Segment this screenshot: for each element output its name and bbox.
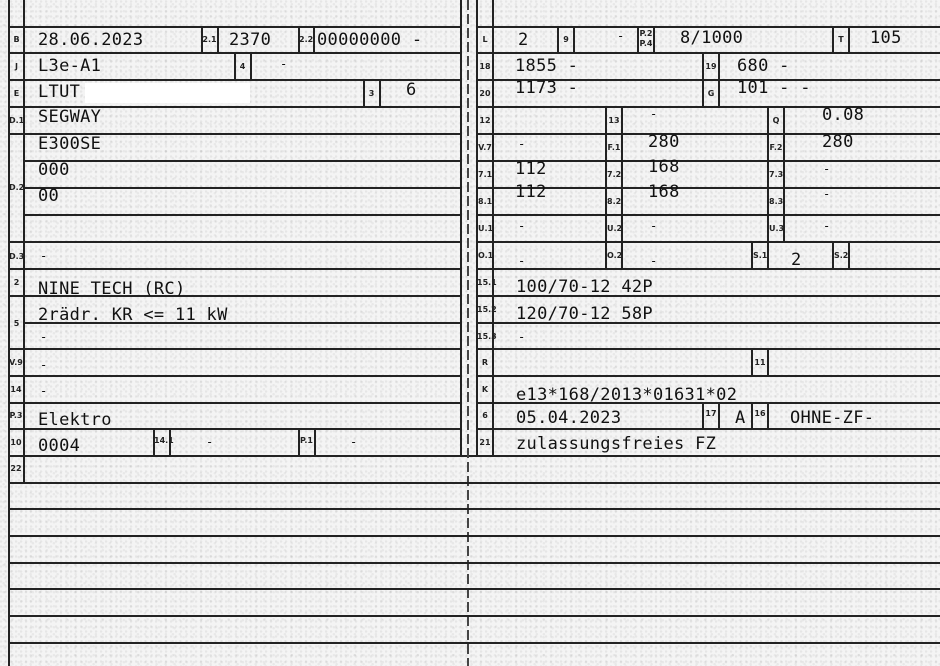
row-line (476, 133, 940, 135)
row-line (8, 562, 940, 564)
axle-load-1: 112 (515, 161, 547, 178)
remarks: zulassungsfreies FZ (516, 436, 716, 453)
manufacturer-code: 2370 (229, 32, 271, 49)
field-code-o2: O.2 (607, 252, 621, 260)
vin-check-digit: 6 (406, 82, 417, 99)
row-line (23, 214, 460, 216)
cell-divider (783, 106, 785, 241)
driveby-noise: - (823, 220, 831, 232)
field-code-d3: D.3 (9, 253, 23, 261)
row-line (8, 588, 940, 590)
cell-divider (767, 241, 769, 268)
field-code-d1: D.1 (9, 117, 23, 125)
row-line (476, 375, 940, 377)
field-code-s2: S.2 (834, 252, 848, 260)
row-line (8, 402, 460, 404)
field-code-17: 17 (704, 410, 718, 418)
fuel-type: Elektro (38, 412, 112, 429)
row-line (8, 508, 940, 510)
body-type: - (280, 58, 288, 70)
row-line (8, 642, 940, 644)
field-code-p1: P.1 (299, 437, 314, 445)
width: 680 - (737, 58, 790, 75)
cell-divider (767, 402, 769, 429)
field-code-u3: U.3 (769, 225, 783, 233)
field-code-g: G (704, 90, 718, 98)
registration-status: OHNE-ZF- (790, 410, 874, 427)
field-code-v9: V.9 (9, 359, 23, 367)
power-weight-ratio: 0.08 (822, 107, 864, 124)
field-code-k: K (478, 386, 492, 394)
field-code-2: 2 (10, 279, 23, 287)
field-code-14-1: 14.1 (154, 437, 169, 445)
vehicle-registration-document: B 2.1 2.2 J 4 E 3 D.1 D.2 D.3 2 5 V.9 14… (0, 0, 940, 666)
field-code-19: 19 (704, 63, 718, 71)
first-registration-date: 28.06.2023 (38, 32, 143, 49)
max-speed: 105 (870, 30, 902, 47)
cell-divider (621, 106, 623, 241)
empty-mass: 101 - - (737, 80, 811, 97)
field-code-u2: U.2 (607, 225, 621, 233)
field-code-l: L (478, 36, 492, 44)
row-line (8, 455, 940, 457)
row-line (476, 428, 940, 430)
model-variant: 000 (38, 162, 70, 179)
length: 1855 - (515, 58, 578, 75)
axle-load-3: - (823, 163, 831, 175)
cell-divider (848, 241, 850, 268)
type-code: 00000000 - (317, 32, 422, 49)
field-code-3: 3 (364, 90, 379, 98)
field-code-15-2: 15.2 (477, 306, 492, 314)
seat-places: 2 (791, 252, 802, 269)
field-code-b: B (10, 36, 23, 44)
cell-divider (217, 26, 219, 53)
field-code-20: 20 (478, 90, 492, 98)
fold-line (467, 0, 469, 666)
cell-divider (718, 52, 720, 106)
axle-load-national-2: 168 (648, 184, 680, 201)
field-code-22: 22 (9, 465, 23, 473)
row-line (8, 241, 460, 243)
row-line (476, 348, 940, 350)
row-line (476, 106, 940, 108)
field-code-r: R (478, 359, 492, 367)
model-type: E300SE (38, 136, 101, 153)
trailer-load-braked: - (518, 255, 526, 267)
vehicle-class: L3e-A1 (38, 58, 101, 75)
axle-load-national-1: 112 (515, 184, 547, 201)
field-code-v7: V.7 (478, 144, 492, 152)
field-code-2-1: 2.1 (202, 36, 217, 44)
field-code-q: Q (769, 117, 783, 125)
trailer-load-unbraked: - (650, 255, 658, 267)
row-line (476, 52, 940, 54)
left-code-column-divider (23, 0, 25, 458)
redacted-vin (85, 83, 250, 103)
field-code-7-3: 7.3 (769, 171, 783, 179)
field-code-8-2: 8.2 (607, 198, 621, 206)
field-code-9: 9 (559, 36, 573, 44)
field-code-t: T (834, 36, 848, 44)
power-rpm: 8/1000 (680, 30, 743, 47)
axle-count: 2 (518, 32, 529, 49)
field-code-8-3: 8.3 (769, 198, 783, 206)
axle-load-2: 168 (648, 159, 680, 176)
field-code-15-1: 15.1 (477, 279, 492, 287)
field-code-d2: D.2 (9, 184, 23, 192)
manufacturer-name: NINE TECH (RC) (38, 281, 186, 298)
make: SEGWAY (38, 109, 101, 126)
field-code-f2: F.2 (769, 144, 783, 152)
field-code-12: 12 (478, 117, 492, 125)
cell-divider (313, 26, 315, 53)
field-code-p2: P.2 (639, 30, 653, 38)
cell-divider (653, 26, 655, 53)
co2-value: - (518, 138, 526, 150)
cell-divider (250, 52, 252, 79)
noise-rpm: - (650, 220, 658, 232)
row-line (8, 79, 460, 81)
field-code-f1: F.1 (607, 144, 621, 152)
tire-front: 100/70-12 42P (516, 279, 653, 296)
field-code-16: 16 (753, 410, 767, 418)
row-line (8, 268, 460, 270)
approval-marker: A (735, 410, 746, 427)
field-code-p3: P.3 (9, 412, 23, 420)
cell-divider (767, 348, 769, 375)
row-line (476, 214, 940, 216)
field-code-7-2: 7.2 (607, 171, 621, 179)
row-line (8, 615, 940, 617)
left-table-border-left (8, 0, 10, 666)
row-line (8, 482, 940, 484)
field-code-o1: O.1 (478, 252, 492, 260)
row-line (8, 375, 460, 377)
field-code-11: 11 (753, 359, 767, 367)
max-permissible-mass: 280 (648, 134, 680, 151)
row-line (8, 26, 460, 28)
tire-rear: 120/70-12 58P (516, 306, 653, 323)
cell-divider (718, 402, 720, 429)
field-code-s1: S.1 (753, 252, 767, 260)
row-line (476, 268, 940, 270)
row-line (8, 348, 460, 350)
cell-divider (573, 26, 575, 53)
row-line (23, 160, 460, 162)
cell-divider (848, 26, 850, 53)
row-line (23, 187, 460, 189)
vehicle-category: 2rädr. KR <= 11 kW (38, 307, 228, 324)
field-code-j: J (10, 63, 23, 71)
cell-divider (23, 455, 25, 482)
field-code-14: 14 (9, 386, 23, 394)
emission-notes: - (40, 385, 48, 397)
emission-class: - (40, 359, 48, 371)
seat-count: - (650, 108, 658, 120)
field-code-u1: U.1 (478, 225, 492, 233)
field-code-7-1: 7.1 (478, 171, 492, 179)
height: 1173 - (515, 80, 578, 97)
type-approval-date: 05.04.2023 (516, 410, 621, 427)
field-code-13: 13 (607, 117, 621, 125)
field-code-18: 18 (478, 63, 492, 71)
cell-divider (314, 428, 316, 455)
field-code-p4: P.4 (639, 40, 653, 48)
model-version: 00 (38, 188, 59, 205)
drive-axles: - (617, 30, 625, 42)
row-line (8, 535, 940, 537)
fuel-code: 0004 (38, 438, 80, 455)
emission-code: - (206, 436, 214, 448)
field-code-8-1: 8.1 (478, 198, 492, 206)
permissible-mass-national: 280 (822, 134, 854, 151)
row-line (476, 241, 940, 243)
vehicle-category-extra: - (40, 331, 48, 343)
field-code-21: 21 (478, 439, 492, 447)
field-code-15-3: 15.3 (477, 333, 492, 341)
field-code-2-2: 2.2 (299, 36, 313, 44)
field-code-10: 10 (9, 439, 23, 447)
tire-other: - (518, 331, 526, 343)
noise-level: - (518, 220, 526, 232)
vin-prefix: LTUT (38, 84, 80, 101)
field-code-e: E (10, 90, 23, 98)
displacement: - (350, 436, 358, 448)
type-approval-number: e13*168/2013*01631*02 (516, 387, 737, 404)
field-code-5: 5 (10, 320, 23, 328)
field-code-6: 6 (478, 412, 492, 420)
left-table-border-right (460, 0, 462, 456)
axle-load-national-3: - (823, 188, 831, 200)
field-code-4: 4 (235, 63, 250, 71)
cell-divider (379, 79, 381, 106)
trade-name: - (40, 250, 48, 262)
